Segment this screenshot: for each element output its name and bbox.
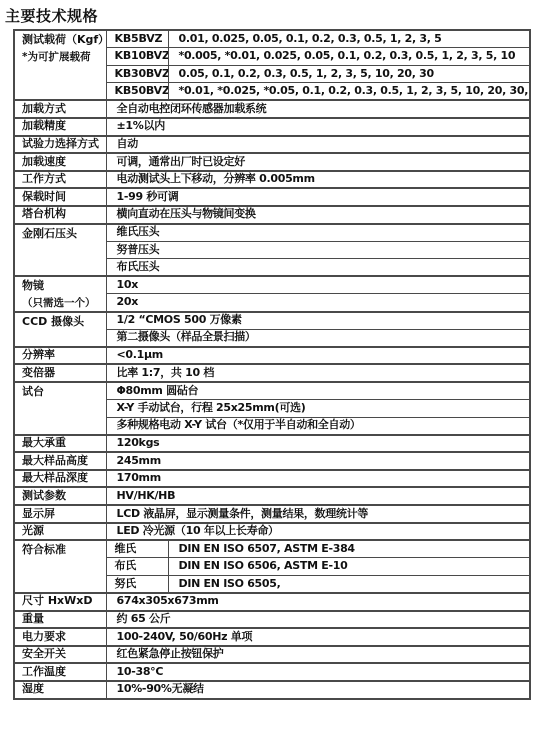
spec-subcategory: 努氏 xyxy=(106,575,168,593)
spec-value: LED 冷光源（10 年以上长寿命） xyxy=(106,523,530,541)
spec-row: 显示屏LCD 液晶屏，显示测量条件，测量结果，数理统计等 xyxy=(14,505,530,523)
spec-value: *0.01, *0.025, *0.05, 0.1, 0.2, 0.3, 0.5… xyxy=(168,83,530,101)
spec-row: 加载方式全自动电控闭环传感器加载系统 xyxy=(14,100,530,118)
spec-label: 工作温度 xyxy=(14,663,106,681)
spec-label-text: 金刚石压头 xyxy=(22,228,104,241)
spec-value: X-Y 手动试台，行程 25x25mm(可选) xyxy=(106,399,530,417)
spec-label: 电力要求 xyxy=(14,628,106,646)
spec-row: 最大样品深度170mm xyxy=(14,470,530,488)
spec-label: CCD 摄像头 xyxy=(14,312,106,347)
spec-value: 10x xyxy=(106,276,530,294)
spec-value: LCD 液晶屏，显示测量条件，测量结果，数理统计等 xyxy=(106,505,530,523)
spec-label: 金刚石压头 xyxy=(14,224,106,277)
spec-value: 674x305x673mm xyxy=(106,593,530,611)
spec-value: 120kgs xyxy=(106,435,530,453)
spec-label: 加载方式 xyxy=(14,100,106,118)
spec-label: 显示屏 xyxy=(14,505,106,523)
spec-value: ±1%以内 xyxy=(106,118,530,136)
spec-row: 安全开关红色紧急停止按钮保护 xyxy=(14,646,530,664)
spec-row: 工作温度10-38°C xyxy=(14,663,530,681)
spec-value: 第二摄像头（样品全景扫描） xyxy=(106,329,530,347)
spec-value: 可调，通常出厂时已设定好 xyxy=(106,153,530,171)
spec-value: 电动测试头上下移动，分辨率 0.005mm xyxy=(106,171,530,189)
spec-label-text: 尺寸 HxWxD xyxy=(22,595,104,608)
spec-label-text: 试台 xyxy=(22,386,104,399)
spec-value: 布氏压头 xyxy=(106,259,530,277)
spec-label-text: 最大承重 xyxy=(22,437,104,450)
spec-row: 重量约 65 公斤 xyxy=(14,611,530,629)
spec-value: 维氏压头 xyxy=(106,224,530,242)
spec-row: 最大承重120kgs xyxy=(14,435,530,453)
spec-value: 1/2 “CMOS 500 万像素 xyxy=(106,312,530,330)
spec-label: 测试参数 xyxy=(14,487,106,505)
spec-label: 湿度 xyxy=(14,681,106,699)
spec-value: 全自动电控闭环传感器加载系统 xyxy=(106,100,530,118)
spec-row: 尺寸 HxWxD674x305x673mm xyxy=(14,593,530,611)
spec-label: 塔台机构 xyxy=(14,206,106,224)
page-title: 主要技术规格 xyxy=(0,0,548,26)
spec-value: 多种规格电动 X-Y 试台（*仅用于半自动和全自动） xyxy=(106,417,530,435)
spec-value: 红色紧急停止按钮保护 xyxy=(106,646,530,664)
spec-value: 0.01, 0.025, 0.05, 0.1, 0.2, 0.3, 0.5, 1… xyxy=(168,30,530,48)
spec-row: 分辨率<0.1μm xyxy=(14,347,530,365)
spec-label-text: 电力要求 xyxy=(22,631,104,644)
spec-label-text: 变倍器 xyxy=(22,367,104,380)
spec-row: 工作方式电动测试头上下移动，分辨率 0.005mm xyxy=(14,171,530,189)
spec-label-text: 塔台机构 xyxy=(22,208,104,221)
spec-label: 最大样品深度 xyxy=(14,470,106,488)
spec-label-note: *为可扩展载荷 xyxy=(22,51,104,63)
spec-label: 光源 xyxy=(14,523,106,541)
spec-label-text: 试验力选择方式 xyxy=(22,138,104,151)
spec-row: 试台Φ80mm 圆砧台 xyxy=(14,382,530,400)
spec-row: 测试载荷（Kgf）*为可扩展载荷KB5BVZ0.01, 0.025, 0.05,… xyxy=(14,30,530,48)
spec-table-body: 测试载荷（Kgf）*为可扩展载荷KB5BVZ0.01, 0.025, 0.05,… xyxy=(14,30,530,699)
spec-row: 保载时间1-99 秒可调 xyxy=(14,188,530,206)
spec-row: 测试参数HV/HK/HB xyxy=(14,487,530,505)
spec-label-text: 加载方式 xyxy=(22,103,104,116)
spec-row: 变倍器比率 1:7，共 10 档 xyxy=(14,364,530,382)
spec-label-text: 最大样品高度 xyxy=(22,455,104,468)
spec-label: 重量 xyxy=(14,611,106,629)
spec-label-text: 工作温度 xyxy=(22,666,104,679)
spec-value: 10-38°C xyxy=(106,663,530,681)
spec-label: 工作方式 xyxy=(14,171,106,189)
spec-value: HV/HK/HB xyxy=(106,487,530,505)
spec-row: 试验力选择方式自动 xyxy=(14,136,530,154)
spec-sheet-page: 主要技术规格 测试载荷（Kgf）*为可扩展载荷KB5BVZ0.01, 0.025… xyxy=(0,0,548,26)
spec-value: 170mm xyxy=(106,470,530,488)
spec-subcategory: 维氏 xyxy=(106,540,168,558)
spec-row: 最大样品高度245mm xyxy=(14,452,530,470)
spec-value: *0.005, *0.01, 0.025, 0.05, 0.1, 0.2, 0.… xyxy=(168,48,530,66)
spec-row: 金刚石压头维氏压头 xyxy=(14,224,530,242)
spec-label: 最大承重 xyxy=(14,435,106,453)
spec-label-text: 安全开关 xyxy=(22,648,104,661)
spec-value: DIN EN ISO 6505, xyxy=(168,575,530,593)
spec-subcategory: 布氏 xyxy=(106,558,168,576)
spec-label: 试验力选择方式 xyxy=(14,136,106,154)
spec-subcategory: KB50BVZ xyxy=(106,83,168,101)
spec-value: 努普压头 xyxy=(106,241,530,259)
spec-value: 约 65 公斤 xyxy=(106,611,530,629)
spec-subcategory: KB5BVZ xyxy=(106,30,168,48)
spec-value: DIN EN ISO 6506, ASTM E-10 xyxy=(168,558,530,576)
spec-table: 测试载荷（Kgf）*为可扩展载荷KB5BVZ0.01, 0.025, 0.05,… xyxy=(13,29,531,700)
spec-row: 物镜（只需选一个）10x xyxy=(14,276,530,294)
spec-label: 保载时间 xyxy=(14,188,106,206)
spec-row: 湿度10%-90%无凝结 xyxy=(14,681,530,699)
spec-value: 100-240V, 50/60Hz 单项 xyxy=(106,628,530,646)
spec-value: 20x xyxy=(106,294,530,312)
spec-label: 最大样品高度 xyxy=(14,452,106,470)
spec-row: 符合标准维氏DIN EN ISO 6507, ASTM E-384 xyxy=(14,540,530,558)
spec-label-text: 测试参数 xyxy=(22,490,104,503)
spec-label: 安全开关 xyxy=(14,646,106,664)
spec-value: 245mm xyxy=(106,452,530,470)
spec-label: 加载速度 xyxy=(14,153,106,171)
spec-label-text: CCD 摄像头 xyxy=(22,316,104,329)
spec-value: 横向直动在压头与物镜间变换 xyxy=(106,206,530,224)
spec-label-note: （只需选一个） xyxy=(22,297,104,309)
spec-label: 符合标准 xyxy=(14,540,106,593)
spec-subcategory: KB30BVZ xyxy=(106,65,168,83)
spec-label-text: 最大样品深度 xyxy=(22,472,104,485)
spec-value: 1-99 秒可调 xyxy=(106,188,530,206)
spec-label-text: 工作方式 xyxy=(22,173,104,186)
spec-label-text: 湿度 xyxy=(22,683,104,696)
spec-value: 比率 1:7，共 10 档 xyxy=(106,364,530,382)
spec-row: CCD 摄像头1/2 “CMOS 500 万像素 xyxy=(14,312,530,330)
spec-row: 电力要求100-240V, 50/60Hz 单项 xyxy=(14,628,530,646)
spec-row: 光源LED 冷光源（10 年以上长寿命） xyxy=(14,523,530,541)
spec-label-text: 光源 xyxy=(22,525,104,538)
spec-label: 加载精度 xyxy=(14,118,106,136)
spec-label-text: 重量 xyxy=(22,613,104,626)
spec-subcategory: KB10BVZ xyxy=(106,48,168,66)
spec-label-text: 测试载荷（Kgf） xyxy=(22,34,104,47)
spec-label: 物镜（只需选一个） xyxy=(14,276,106,311)
spec-label-text: 加载精度 xyxy=(22,120,104,133)
spec-label-text: 加载速度 xyxy=(22,156,104,169)
spec-label: 变倍器 xyxy=(14,364,106,382)
spec-label: 尺寸 HxWxD xyxy=(14,593,106,611)
spec-value: 自动 xyxy=(106,136,530,154)
spec-label-text: 符合标准 xyxy=(22,544,104,557)
spec-value: <0.1μm xyxy=(106,347,530,365)
spec-row: 塔台机构横向直动在压头与物镜间变换 xyxy=(14,206,530,224)
spec-label-text: 物镜 xyxy=(22,280,104,293)
spec-label: 测试载荷（Kgf）*为可扩展载荷 xyxy=(14,30,106,100)
spec-label-text: 分辨率 xyxy=(22,349,104,362)
spec-label: 试台 xyxy=(14,382,106,435)
spec-label-text: 保载时间 xyxy=(22,191,104,204)
spec-row: 加载速度可调，通常出厂时已设定好 xyxy=(14,153,530,171)
spec-label: 分辨率 xyxy=(14,347,106,365)
spec-value: Φ80mm 圆砧台 xyxy=(106,382,530,400)
spec-value: 10%-90%无凝结 xyxy=(106,681,530,699)
spec-row: 加载精度±1%以内 xyxy=(14,118,530,136)
spec-label-text: 显示屏 xyxy=(22,508,104,521)
spec-value: DIN EN ISO 6507, ASTM E-384 xyxy=(168,540,530,558)
spec-value: 0.05, 0.1, 0.2, 0.3, 0.5, 1, 2, 3, 5, 10… xyxy=(168,65,530,83)
